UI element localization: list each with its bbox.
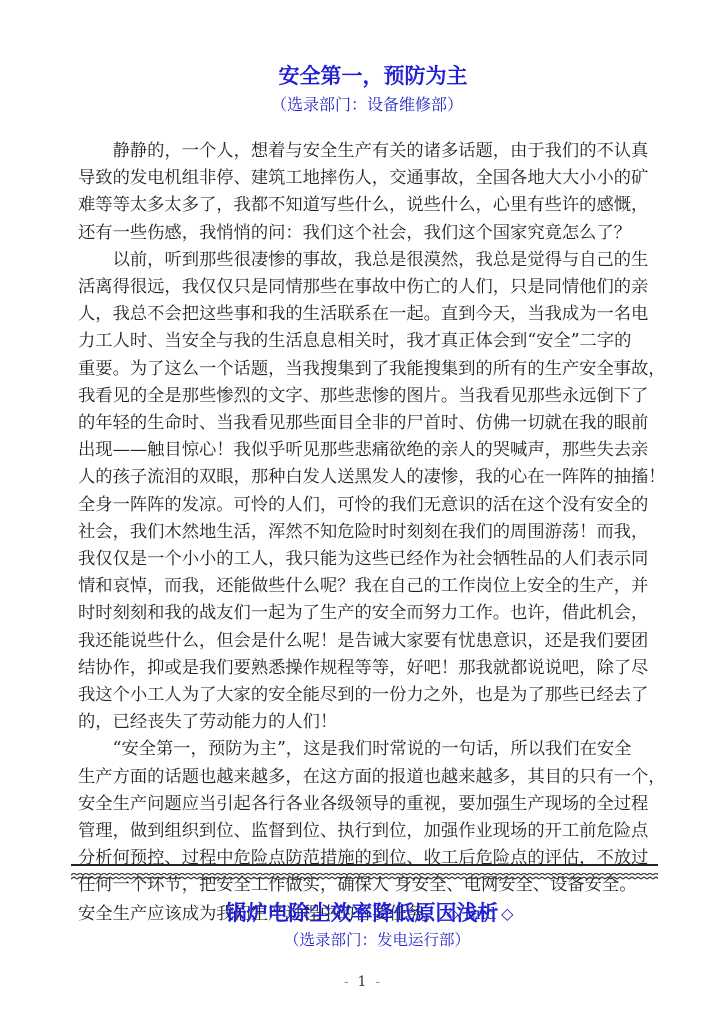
article-line-text: 情和哀悼，而我，还能做些什么呢？我在自己的工作岗位上安全的生产，并	[78, 576, 648, 596]
article-line: 力工人时、当安全与我的生活息息相关时，我才真正体会到“安全”二字的	[78, 328, 654, 355]
article-line: 人，我总不会把这些事和我的生活联系在一起。直到今天，当我成为一名电	[78, 301, 654, 328]
article-line: 我还能说些什么，但会是什么呢！是告诫大家要有忧患意识，还是我们要团	[78, 628, 654, 655]
article-line-text: 管理，做到组织到位、监督到位、执行到位，加强作业现场的开工前危险点	[78, 821, 648, 841]
article-line-text: 我仅仅是一个小小的工人，我只能为这些已经作为社会牺牲品的人们表示同	[78, 549, 648, 569]
article-line: 我看见的全是那些惨烈的文字、那些悲惨的图片。当我看见那些永远倒下了	[78, 383, 654, 410]
article-line: 生产方面的话题也越来越多，在这方面的报道也越来越多，其目的只有一个，	[78, 764, 654, 791]
article-line: 的年轻的生命时、当我看见那些面目全非的尸首时、仿佛一切就在我的眼前	[78, 410, 654, 437]
article-line: 活离得很远，我仅仅只是同情那些在事故中伤亡的人们，只是同情他们的亲	[78, 274, 654, 301]
article-line-text: 社会，我们木然地生活，浑然不知危险时时刻刻在我们的周围游荡！而我，	[78, 522, 648, 542]
article-line-text: 我还能说些什么，但会是什么呢！是告诫大家要有忧患意识，还是我们要团	[78, 631, 648, 651]
article-line-text: 我看见的全是那些惨烈的文字、那些悲惨的图片。当我看见那些永远倒下了	[78, 386, 648, 406]
article-line: 人的孩子流泪的双眼，那种白发人送黑发人的凄惨，我的心在一阵阵的抽搐！	[78, 464, 654, 491]
article-line: “安全第一，预防为主”，这是我们时常说的一句话，所以我们在安全	[78, 736, 654, 763]
next-article-department: （选录部门：发电运行部）	[0, 928, 724, 950]
article-line-text: 静静的，一个人，想着与安全生产有关的诸多话题，由于我们的不认真	[113, 141, 649, 161]
article-line: 难等等太多太多了，我都不知道写些什么，说些什么，心里有些许的感慨，	[78, 192, 654, 219]
article-line: 管理，做到组织到位、监督到位、执行到位，加强作业现场的开工前危险点	[78, 818, 654, 845]
article-line-text: 安全生产问题应当引起各行各业各级领导的重视，要加强生产现场的全过程	[78, 794, 648, 814]
page-dash-right: -	[375, 974, 380, 990]
article-line-text: 人的孩子流泪的双眼，那种白发人送黑发人的凄惨，我的心在一阵阵的抽搐！	[78, 467, 666, 487]
article-line-text: 结协作，抑或是我们要熟悉操作规程等等，好吧！那我就都说说吧，除了尽	[78, 658, 648, 678]
page-number: - 1 -	[0, 974, 724, 990]
article-line: 全身一阵阵的发凉。可怜的人们，可怜的我们无意识的活在这个没有安全的	[78, 492, 654, 519]
article-line: 导致的发电机组非停、建筑工地摔伤人，交通事故，全国各地大大小小的矿	[78, 165, 654, 192]
article-line-text: 全身一阵阵的发凉。可怜的人们，可怜的我们无意识的活在这个没有安全的	[78, 495, 648, 515]
article-line-text: 的年轻的生命时、当我看见那些面目全非的尸首时、仿佛一切就在我的眼前	[78, 413, 648, 433]
article-line: 以前，听到那些很凄惨的事故，我总是很漠然，我总是觉得与自己的生	[78, 247, 654, 274]
article-line-text: 导致的发电机组非停、建筑工地摔伤人，交通事故，全国各地大大小小的矿	[78, 168, 648, 188]
article-line-text: 难等等太多太多了，我都不知道写些什么，说些什么，心里有些许的感慨，	[78, 195, 648, 215]
article-line: 出现——触目惊心！我似乎听见那些悲痛欲绝的亲人的哭喊声，那些失去亲	[78, 437, 654, 464]
article-line: 安全生产问题应当引起各行各业各级领导的重视，要加强生产现场的全过程	[78, 791, 654, 818]
article-line: 我这个小工人为了大家的安全能尽到的一份力之外，也是为了那些已经去了	[78, 682, 654, 709]
article-line: 我仅仅是一个小小的工人，我只能为这些已经作为社会牺牲品的人们表示同	[78, 546, 654, 573]
article-line: 重要。为了这么一个话题，当我搜集到了我能搜集到的所有的生产安全事故，	[78, 356, 654, 383]
article-line-text: 时时刻刻和我的战友们一起为了生产的安全而努力工作。也许，借此机会，	[78, 603, 648, 623]
article-line: 结协作，抑或是我们要熟悉操作规程等等，好吧！那我就都说说吧，除了尽	[78, 655, 654, 682]
article-line-text: 重要。为了这么一个话题，当我搜集到了我能搜集到的所有的生产安全事故，	[78, 359, 666, 379]
article-line: 静静的，一个人，想着与安全生产有关的诸多话题，由于我们的不认真	[78, 138, 654, 165]
article-line-text: 力工人时、当安全与我的生活息息相关时，我才真正体会到“安全”二字的	[78, 331, 631, 351]
article-line-text: 还有一些伤感，我悄悄的问：我们这个社会，我们这个国家究竟怎么了？	[78, 223, 631, 243]
article-line-text: 生产方面的话题也越来越多，在这方面的报道也越来越多，其目的只有一个，	[78, 767, 666, 787]
section-divider	[71, 864, 658, 885]
page-dash-left: -	[344, 974, 349, 990]
article-line-text: 出现——触目惊心！我似乎听见那些悲痛欲绝的亲人的哭喊声，那些失去亲	[78, 440, 648, 460]
article-line: 社会，我们木然地生活，浑然不知危险时时刻刻在我们的周围游荡！而我，	[78, 519, 654, 546]
article-line: 情和哀悼，而我，还能做些什么呢？我在自己的工作岗位上安全的生产，并	[78, 573, 654, 600]
article-title: 安全第一，预防为主	[0, 60, 724, 90]
article-department: （选录部门：设备维修部）	[0, 92, 724, 115]
article-body: 静静的，一个人，想着与安全生产有关的诸多话题，由于我们的不认真导致的发电机组非停…	[78, 138, 654, 928]
next-article-title: 锅炉电除尘效率降低原因浅析	[0, 897, 724, 927]
article-line: 的，已经丧失了劳动能力的人们！	[78, 709, 654, 736]
article-line-text: 我这个小工人为了大家的安全能尽到的一份力之外，也是为了那些已经去了	[78, 685, 648, 705]
article-line-text: 活离得很远，我仅仅只是同情那些在事故中伤亡的人们，只是同情他们的亲	[78, 277, 648, 297]
article-line-text: “安全第一，预防为主”，这是我们时常说的一句话，所以我们在安全	[113, 739, 632, 759]
article-line-text: 以前，听到那些很凄惨的事故，我总是很漠然，我总是觉得与自己的生	[113, 250, 649, 270]
article-line-text: 人，我总不会把这些事和我的生活联系在一起。直到今天，当我成为一名电	[78, 304, 648, 324]
divider-rule	[71, 864, 658, 866]
article-line-text: 的，已经丧失了劳动能力的人们！	[78, 712, 337, 732]
article-line: 时时刻刻和我的战友们一起为了生产的安全而努力工作。也许，借此机会，	[78, 600, 654, 627]
divider-zigzag	[71, 873, 658, 881]
page-number-value: 1	[358, 974, 367, 990]
article-line: 还有一些伤感，我悄悄的问：我们这个社会，我们这个国家究竟怎么了？	[78, 220, 654, 247]
